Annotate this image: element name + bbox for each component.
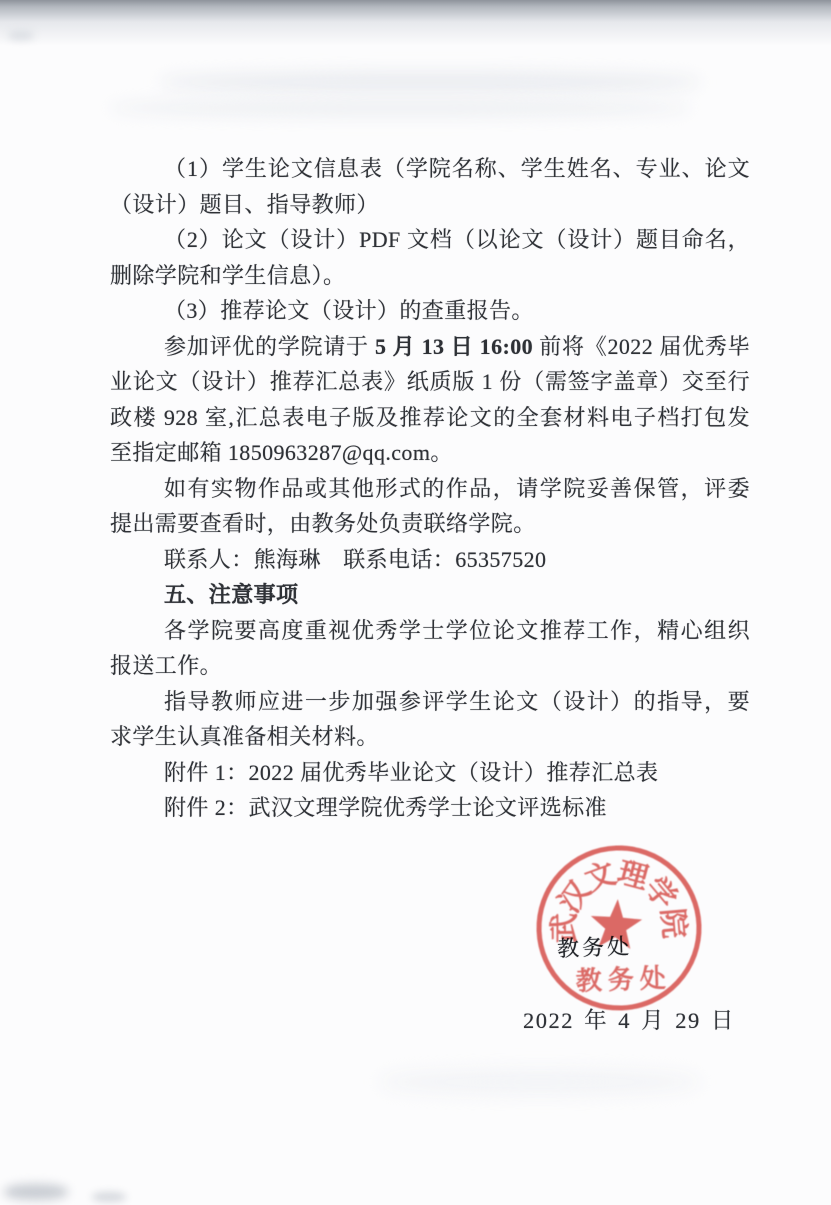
document-line: 报送工作。 — [110, 648, 750, 684]
document-text-bold: 5 月 13 日 16:00 — [375, 334, 533, 359]
document-text: 附件 1：2022 届优秀毕业论文（设计）推荐汇总表 — [164, 760, 658, 785]
seal-ring-char: 院 — [655, 907, 690, 940]
document-line: 指导教师应进一步加强参评学生论文（设计）的指导，要 — [110, 684, 750, 720]
document-line: 附件 1：2022 届优秀毕业论文（设计）推荐汇总表 — [110, 755, 750, 791]
issue-date: 2022 年 4 月 29 日 — [523, 1003, 735, 1035]
document-line: 提出需要查看时，由教务处负责联络学院。 — [110, 506, 750, 542]
star-icon — [589, 897, 644, 949]
official-seal: 武 汉 文 理 学 院 教务处 — [532, 841, 706, 1015]
scan-edge-shadow — [0, 0, 831, 50]
document-text: 前将《2022 届优秀毕 — [533, 334, 750, 359]
document-line: 五、注意事项 — [110, 577, 750, 613]
scan-artifact — [8, 30, 34, 40]
scan-artifact — [160, 72, 700, 92]
document-text: 参加评优的学院请于 — [164, 334, 375, 359]
document-line: 附件 2：武汉文理学院优秀学士论文评选标准 — [110, 790, 750, 826]
document-line: （2）论文（设计）PDF 文档（以论文（设计）题目命名， — [110, 222, 750, 258]
document-text: （2）论文（设计）PDF 文档（以论文（设计）题目命名， — [164, 227, 750, 252]
document-line: 参加评优的学院请于 5 月 13 日 16:00 前将《2022 届优秀毕 — [110, 329, 750, 365]
document-line: 各学院要高度重视优秀学士学位论文推荐工作，精心组织 — [110, 613, 750, 649]
scan-artifact — [4, 1184, 68, 1200]
document-line: 联系人：熊海琳 联系电话：65357520 — [110, 542, 750, 578]
document-text: 提出需要查看时，由教务处负责联络学院。 — [110, 511, 536, 536]
document-line: （1）学生论文信息表（学院名称、学生姓名、专业、论文 — [110, 151, 750, 187]
scan-artifact — [92, 1192, 126, 1202]
document-text: 报送工作。 — [110, 653, 222, 678]
document-line: （3）推荐论文（设计）的查重报告。 — [110, 293, 750, 329]
scanned-document-page: （1）学生论文信息表（学院名称、学生姓名、专业、论文（设计）题目、指导教师）（2… — [0, 0, 831, 1205]
document-body: （1）学生论文信息表（学院名称、学生姓名、专业、论文（设计）题目、指导教师）（2… — [110, 151, 750, 826]
document-text: 附件 2：武汉文理学院优秀学士论文评选标准 — [164, 795, 607, 820]
document-line: （设计）题目、指导教师） — [110, 187, 750, 223]
document-text: 删除学院和学生信息）。 — [110, 263, 345, 288]
scan-artifact — [380, 1070, 700, 1094]
document-line: 至指定邮箱 1850963287@qq.com。 — [110, 435, 750, 471]
document-text: 指导教师应进一步加强参评学生论文（设计）的指导，要 — [164, 689, 750, 714]
document-line: 如有实物作品或其他形式的作品，请学院妥善保管，评委 — [110, 471, 750, 507]
document-text: 联系人：熊海琳 联系电话：65357520 — [164, 547, 546, 572]
scan-artifact — [110, 100, 690, 116]
document-text: （1）学生论文信息表（学院名称、学生姓名、专业、论文 — [164, 156, 750, 181]
document-text: 各学院要高度重视优秀学士学位论文推荐工作，精心组织 — [164, 618, 750, 643]
document-text: 求学生认真准备相关材料。 — [110, 724, 379, 749]
seal-bottom-text: 教务处 — [575, 963, 672, 996]
document-line: 求学生认真准备相关材料。 — [110, 719, 750, 755]
document-text: （3）推荐论文（设计）的查重报告。 — [164, 298, 534, 323]
document-line: 政楼 928 室,汇总表电子版及推荐论文的全套材料电子档打包发 — [110, 400, 750, 436]
document-text: （设计）题目、指导教师） — [110, 192, 379, 217]
document-line: 业论文（设计）推荐汇总表》纸质版 1 份（需签字盖章）交至行 — [110, 364, 750, 400]
document-text: 如有实物作品或其他形式的作品，请学院妥善保管，评委 — [164, 476, 750, 501]
document-text-bold: 五、注意事项 — [164, 582, 298, 607]
document-text: 政楼 928 室,汇总表电子版及推荐论文的全套材料电子档打包发 — [110, 405, 750, 430]
document-text: 业论文（设计）推荐汇总表》纸质版 1 份（需签字盖章）交至行 — [110, 369, 750, 394]
document-line: 删除学院和学生信息）。 — [110, 258, 750, 294]
document-text: 至指定邮箱 1850963287@qq.com。 — [110, 440, 453, 465]
